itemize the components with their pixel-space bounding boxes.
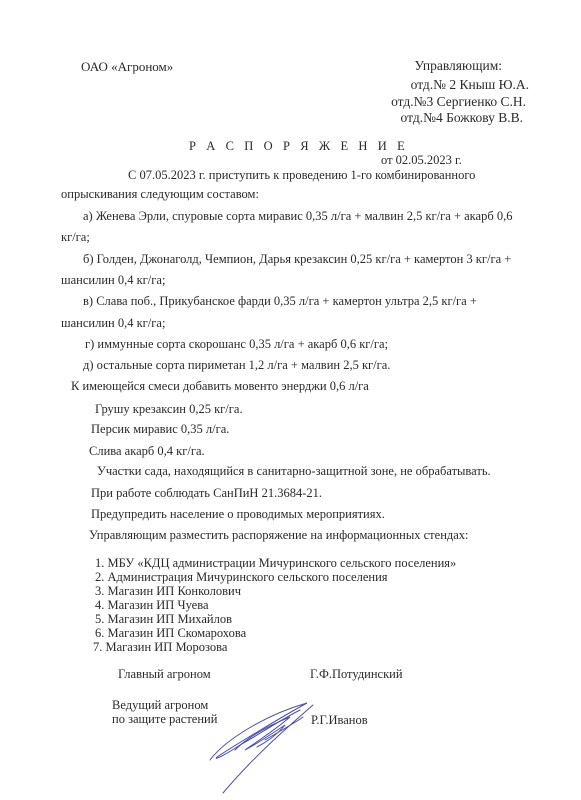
stand-item: 4. Магазин ИП Чуева [95, 599, 209, 612]
addressee-line: отд.№4 Божкову В.В. [401, 111, 523, 125]
plum-text: Слива акарб 0,4 кг/га. [89, 445, 205, 458]
item-b: б) Голден, Джонаголд, Чемпион, Дарья кре… [83, 253, 511, 266]
item-g: г) иммунные сорта скорошанс 0,35 л/га + … [85, 338, 388, 351]
note-sanpin: При работе соблюдать СанПиН 21.3684-21. [91, 487, 322, 500]
document-date: от 02.05.2023 г. [381, 154, 462, 167]
peach-text: Персик миравис 0,35 л/га. [91, 423, 229, 436]
handwritten-signature [195, 695, 325, 795]
additive-text: К имеющейся смеси добавить мовенто энерд… [71, 380, 369, 393]
intro-text-cont: опрыскивания следующим составом: [61, 188, 259, 201]
stand-item: 1. МБУ «КДЦ администрации Мичуринского с… [95, 557, 456, 570]
stand-item: 6. Магазин ИП Скомарохова [95, 627, 246, 640]
lead-agronomist-title: Ведущий агроном [112, 699, 208, 712]
addressee-line: отд.№3 Сергиенко С.Н. [391, 95, 526, 109]
item-d: д) остальные сорта пириметан 1,2 л/га + … [83, 359, 390, 372]
intro-text: С 07.05.2023 г. приступить к проведению … [128, 169, 475, 182]
document-title: Р А С П О Р Я Ж Е Н И Е [189, 140, 408, 153]
chief-agronomist-title: Главный агроном [118, 668, 211, 681]
item-a-cont: кг/га; [61, 231, 90, 244]
note-warn: Предупредить население о проводимых меро… [91, 508, 385, 521]
stand-item: 5. Магазин ИП Михайлов [95, 613, 232, 626]
note-stands: Управляющим разместить распоряжение на и… [89, 529, 469, 542]
item-b-cont: шансилин 0,4 кг/га; [61, 274, 165, 287]
stand-item: 7. Магазин ИП Морозова [93, 641, 227, 654]
organization-name: ОАО «Агроном» [81, 60, 173, 73]
item-v-cont: шансилин 0,4 кг/га; [61, 317, 165, 330]
item-a: а) Женева Эрли, спуровые сорта миравис 0… [83, 210, 512, 223]
pear-text: Грушу крезаксин 0,25 кг/га. [95, 403, 243, 416]
chief-agronomist-name: Г.Ф.Потудинский [310, 668, 403, 681]
note-zone: Участки сада, находящийся в санитарно-за… [97, 465, 491, 478]
stand-item: 3. Магазин ИП Конколович [95, 585, 241, 598]
stand-item: 2. Администрация Мичуринского сельского … [95, 571, 388, 584]
item-v: в) Слава поб., Прикубанское фарди 0,35 л… [83, 295, 477, 308]
addressee-line: отд.№ 2 Кныш Ю.А. [411, 78, 529, 92]
addressee-heading: Управляющим: [415, 59, 502, 73]
